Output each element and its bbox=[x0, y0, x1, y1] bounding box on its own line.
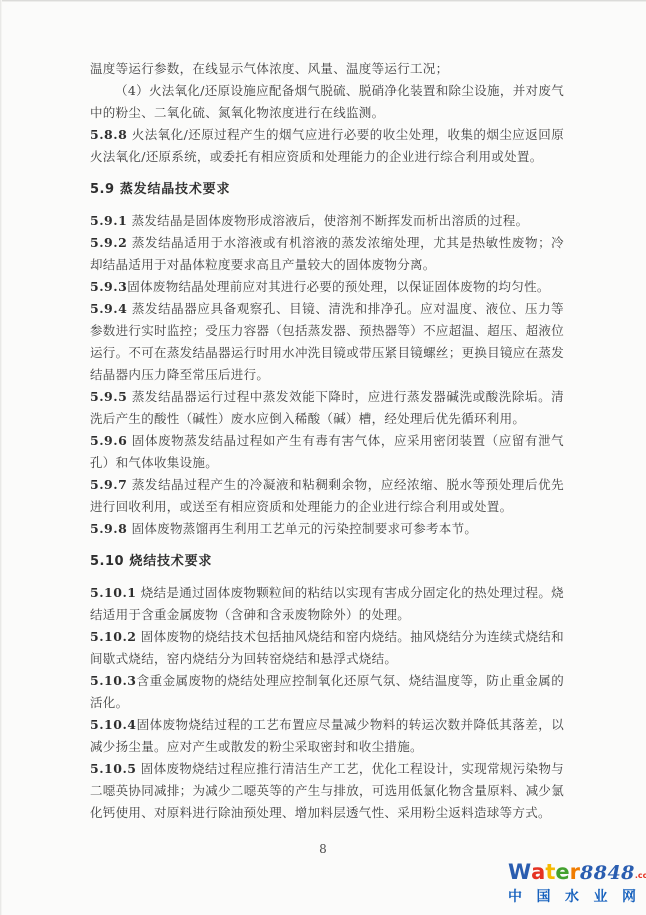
logo-letter: r bbox=[570, 861, 580, 883]
clause-number: 5.9.1 bbox=[90, 213, 127, 228]
clause-number: 5.10.4 bbox=[90, 717, 137, 732]
paragraph: 5.9.3固体废物结晶处理前应对其进行必要的预处理，以保证固体废物的均匀性。 bbox=[90, 276, 564, 298]
paragraph: （4）火法氧化/还原设施应配备烟气脱硫、脱硝净化装置和除尘设施，并对废气中的粉尘… bbox=[90, 80, 564, 124]
logo-letter: t bbox=[545, 861, 555, 883]
logo-subtitle-char: 水 bbox=[565, 889, 579, 905]
document-body: 温度等运行参数，在线显示气体浓度、风量、温度等运行工况；（4）火法氧化/还原设施… bbox=[90, 58, 564, 824]
logo-subtitle-char: 国 bbox=[537, 889, 551, 905]
clause-number: 5.10.5 bbox=[90, 761, 137, 776]
page-number: 8 bbox=[0, 842, 646, 856]
logo-letter: a bbox=[531, 861, 545, 883]
scan-edge-left bbox=[0, 0, 2, 915]
paragraph: 5.9.2 蒸发结晶适用于水溶液或有机溶液的蒸发浓缩处理，尤其是热敏性废物；冷却… bbox=[90, 232, 564, 276]
document-page: 温度等运行参数，在线显示气体浓度、风量、温度等运行工况；（4）火法氧化/还原设施… bbox=[0, 0, 646, 915]
section-heading: 5.10 烧结技术要求 bbox=[90, 551, 564, 573]
paragraph: 温度等运行参数，在线显示气体浓度、风量、温度等运行工况； bbox=[90, 58, 564, 80]
paragraph: 5.9.1 蒸发结晶是固体废物形成溶液后，使溶剂不断挥发而析出溶质的过程。 bbox=[90, 210, 564, 232]
logo-wordmark: Water8848.com bbox=[508, 861, 642, 887]
clause-number: 5.9.3 bbox=[90, 279, 127, 294]
paragraph: 5.8.8 火法氧化/还原过程产生的烟气应进行必要的收尘处理，收集的烟尘应返回原… bbox=[90, 124, 564, 168]
logo-word: Water bbox=[508, 860, 580, 884]
paragraph: 5.10.3含重金属废物的烧结处理应控制氧化还原气氛、烧结温度等，防止重金属的活… bbox=[90, 670, 564, 714]
clause-number: 5.9.2 bbox=[90, 235, 127, 250]
clause-number: 5.10.2 bbox=[90, 629, 137, 644]
clause-number: 5.10.3 bbox=[90, 673, 137, 688]
paragraph: 5.10.4固体废物烧结过程的工艺布置应尽量减少物料的转运次数并降低其落差，以减… bbox=[90, 714, 564, 758]
logo-subtitle-char: 网 bbox=[622, 889, 636, 905]
paragraph: 5.10.5 固体废物烧结过程应推行清洁生产工艺，优化工程设计，实现常规污染物与… bbox=[90, 758, 564, 824]
section-heading: 5.9 蒸发结晶技术要求 bbox=[90, 179, 564, 201]
logo-letter: e bbox=[555, 861, 569, 883]
paragraph: 5.10.1 烧结是通过固体废物颗粒间的粘结以实现有害成分固定化的热处理过程。烧… bbox=[90, 582, 564, 626]
clause-number: 5.10.1 bbox=[90, 585, 137, 600]
clause-number: 5.10 bbox=[90, 554, 124, 569]
paragraph: 5.9.4 蒸发结晶器应具备观察孔、目镜、清洗和排净孔。应对温度、液位、压力等参… bbox=[90, 298, 564, 386]
paragraph: 5.9.6 固体废物蒸发结晶过程如产生有毒有害气体，应采用密闭装置（应留有泄气孔… bbox=[90, 430, 564, 474]
logo-letter: W bbox=[508, 861, 531, 883]
clause-number: 5.9.6 bbox=[90, 433, 127, 448]
clause-number: 5.9.8 bbox=[90, 521, 127, 536]
clause-number: 5.9.7 bbox=[90, 477, 127, 492]
clause-number: 5.9.4 bbox=[90, 301, 127, 316]
logo-tld: .com bbox=[635, 871, 646, 880]
paragraph: 5.9.8 固体废物蒸馏再生利用工艺单元的污染控制要求可参考本节。 bbox=[90, 518, 564, 540]
scan-edge-top bbox=[0, 0, 646, 2]
logo-subtitle-char: 业 bbox=[594, 889, 608, 905]
paragraph: 5.9.5 蒸发结晶器运行过程中蒸发效能下降时，应进行蒸发器碱洗或酸洗除垢。清洗… bbox=[90, 386, 564, 430]
clause-number: 5.9 bbox=[90, 182, 115, 197]
paragraph: 5.10.2 固体废物的烧结技术包括抽风烧结和窑内烧结。抽风烧结分为连续式烧结和… bbox=[90, 626, 564, 670]
clause-number: 5.9.5 bbox=[90, 389, 127, 404]
logo-number: 8848 bbox=[580, 862, 635, 884]
water8848-logo: Water8848.com 中国水业网 bbox=[508, 861, 642, 905]
paragraph: 5.9.7 蒸发结晶过程产生的冷凝液和粘稠剩余物，应经浓缩、脱水等预处理后优先进… bbox=[90, 474, 564, 518]
logo-subtitle-char: 中 bbox=[508, 889, 522, 905]
clause-number: 5.8.8 bbox=[90, 127, 127, 142]
logo-subtitle: 中国水业网 bbox=[508, 889, 636, 905]
